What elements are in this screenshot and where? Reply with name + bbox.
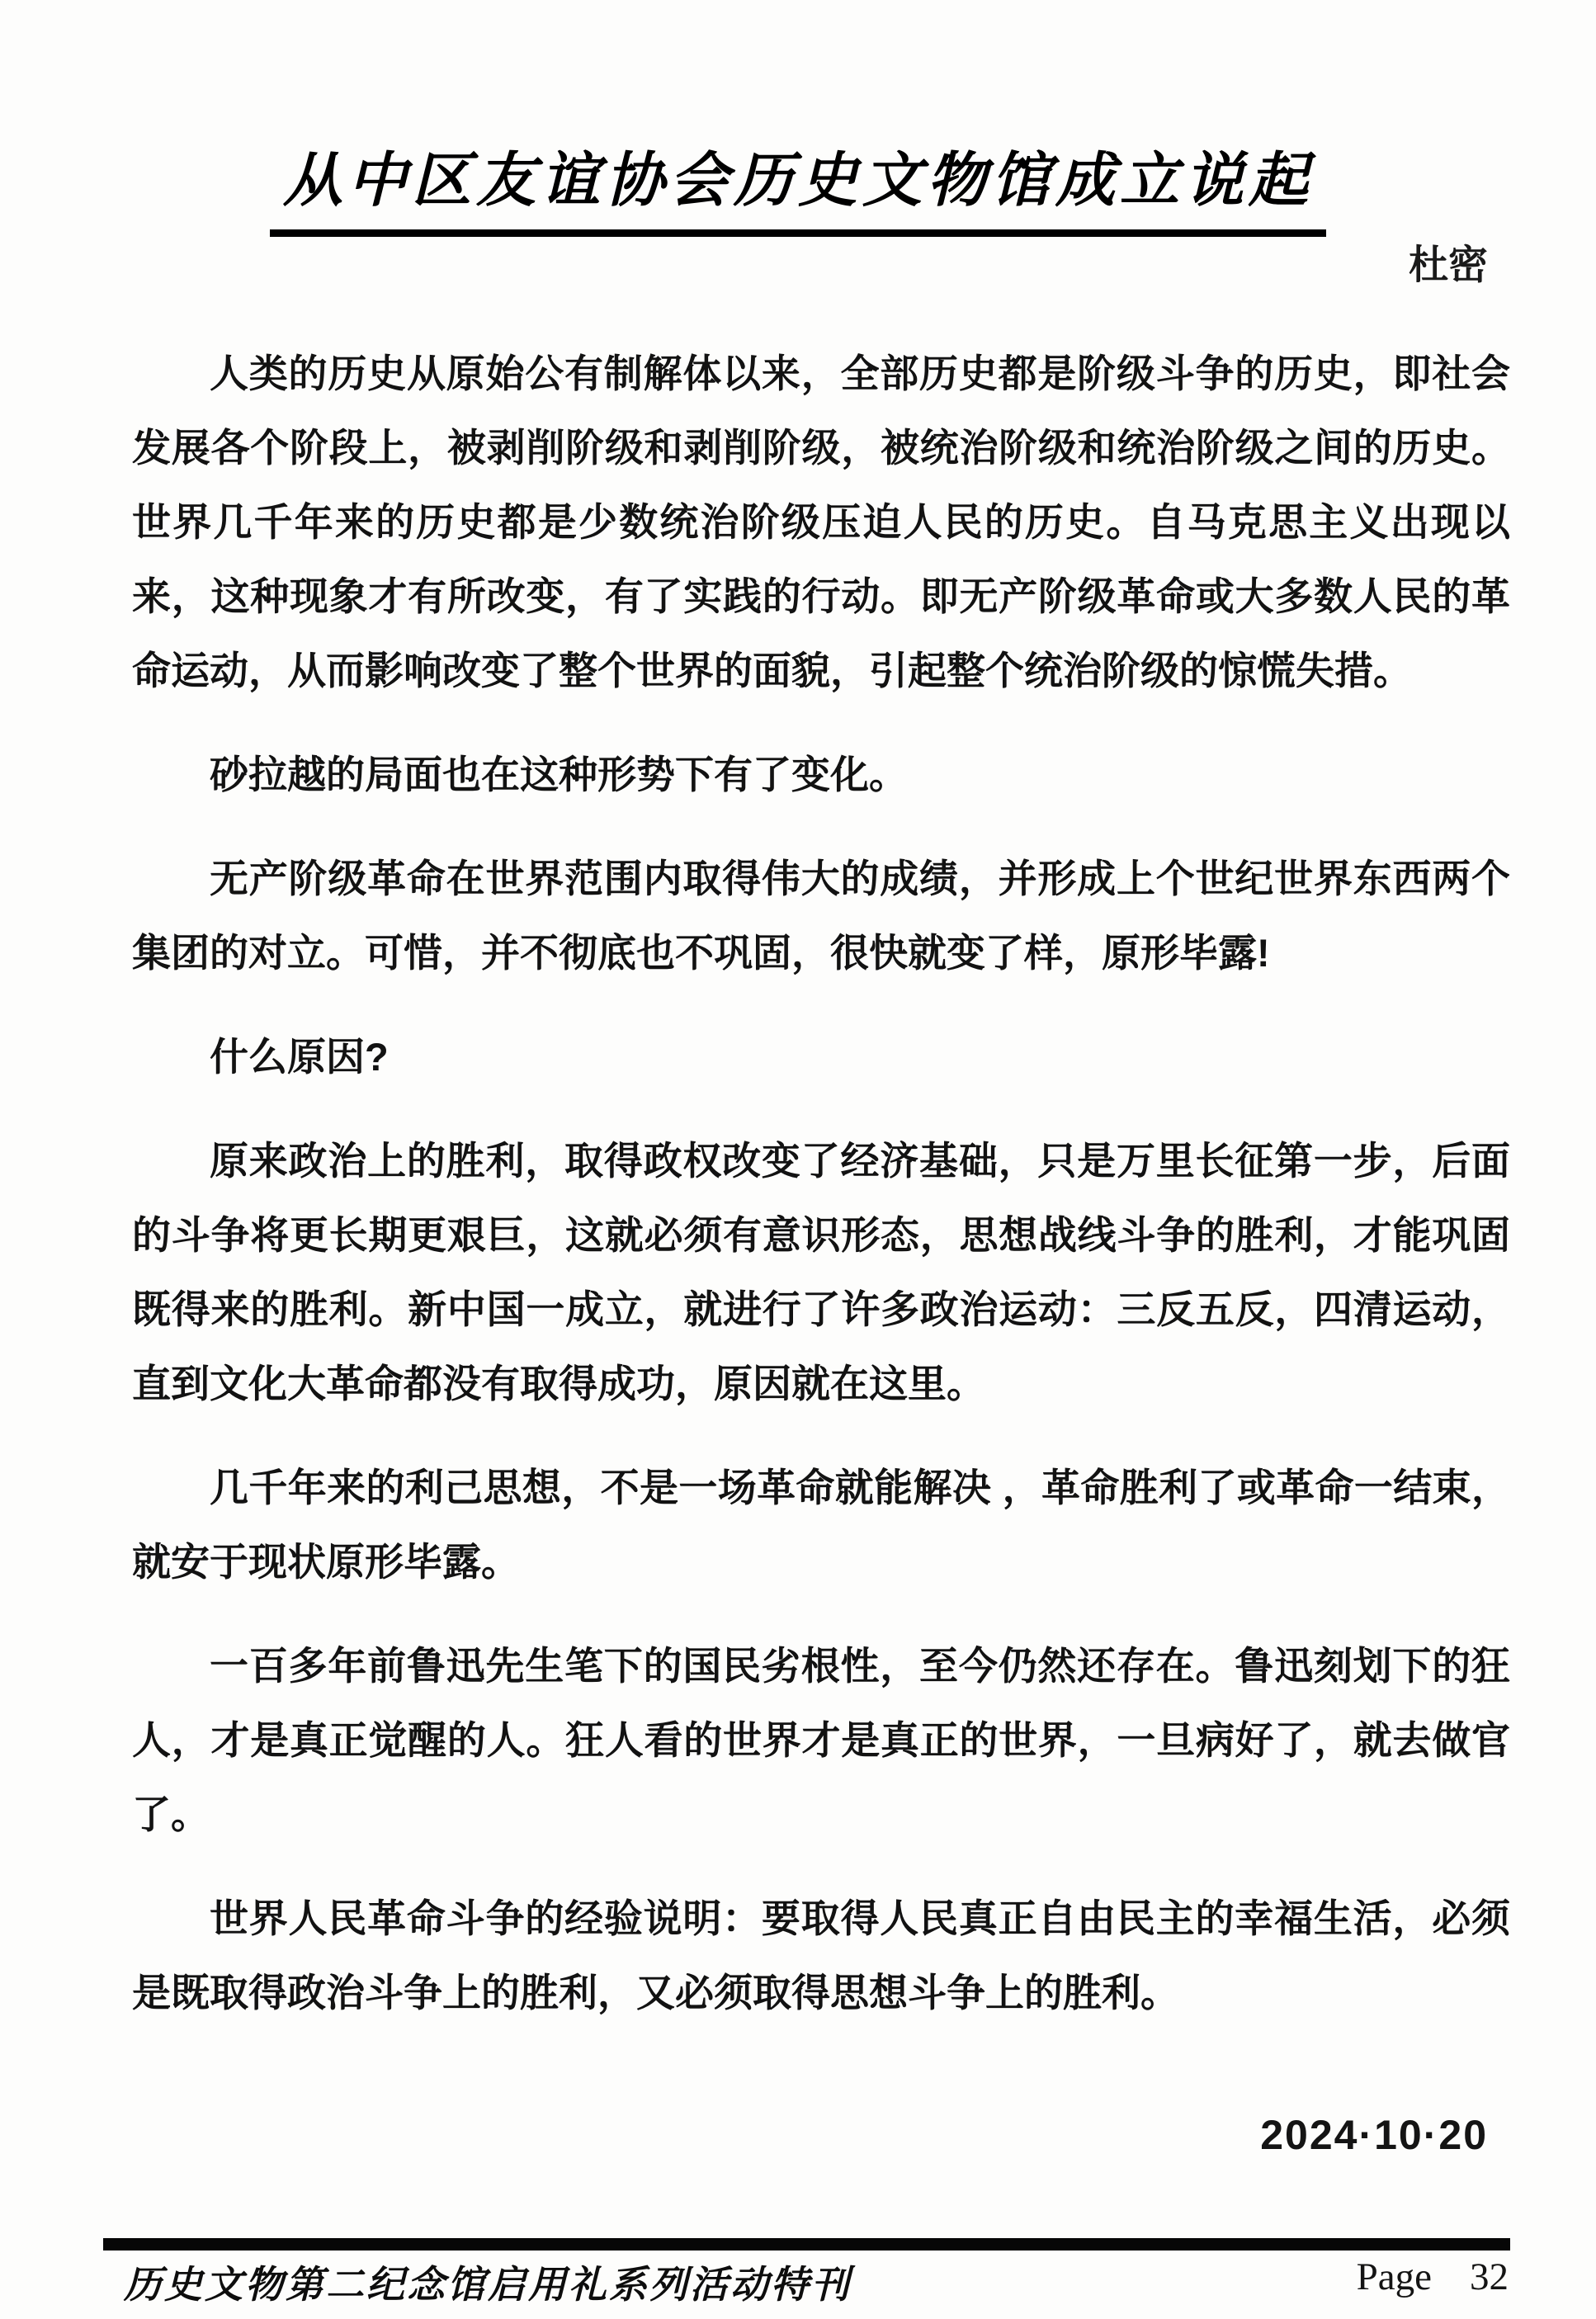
body-paragraph: 人类的历史从原始公有制解体以来，全部历史都是阶级斗争的历史，即社会发展各个阶段上… xyxy=(132,337,1510,708)
body-paragraph: 世界人民革命斗争的经验说明：要取得人民真正自由民主的幸福生活，必须是既取得政治斗… xyxy=(132,1882,1510,2030)
body-paragraph: 原来政治上的胜利，取得政权改变了经济基础，只是万里长征第一步，后面的斗争将更长期… xyxy=(132,1124,1510,1421)
publication-title: 历史文物第二纪念馆启用礼系列活动特刊 xyxy=(124,2255,852,2309)
article-body: 人类的历史从原始公有制解体以来，全部历史都是阶级斗争的历史，即社会发展各个阶段上… xyxy=(132,337,1510,2030)
article-date: 2024·10·20 xyxy=(1260,2111,1488,2159)
page-title: 从中区友谊协会历史文物馆成立说起 xyxy=(270,132,1326,237)
title-block: 从中区友谊协会历史文物馆成立说起 xyxy=(0,92,1596,276)
author-name: 杜密 xyxy=(1409,233,1488,290)
body-paragraph: 一百多年前鲁迅先生笔下的国民劣根性，至今仍然还存在。鲁迅刻划下的狂人，才是真正觉… xyxy=(132,1629,1510,1852)
page-footer: 历史文物第二纪念馆启用礼系列活动特刊 Page 32 xyxy=(124,2255,1509,2309)
body-paragraph: 几千年来的利己思想，不是一场革命就能解决 ，革命胜利了或革命一结束，就安于现状原… xyxy=(132,1451,1510,1599)
body-paragraph: 无产阶级革命在世界范围内取得伟大的成绩，并形成上个世纪世界东西两个集团的对立。可… xyxy=(132,842,1510,990)
body-paragraph: 什么原因? xyxy=(132,1020,1510,1094)
page-number-value: 32 xyxy=(1470,2255,1509,2299)
page-number: Page 32 xyxy=(1357,2255,1509,2299)
page-number-label: Page xyxy=(1357,2255,1432,2299)
body-paragraph: 砂拉越的局面也在这种形势下有了变化。 xyxy=(132,738,1510,812)
document-page: 从中区友谊协会历史文物馆成立说起 杜密 人类的历史从原始公有制解体以来，全部历史… xyxy=(0,0,1596,2319)
footer-rule xyxy=(103,2238,1510,2251)
